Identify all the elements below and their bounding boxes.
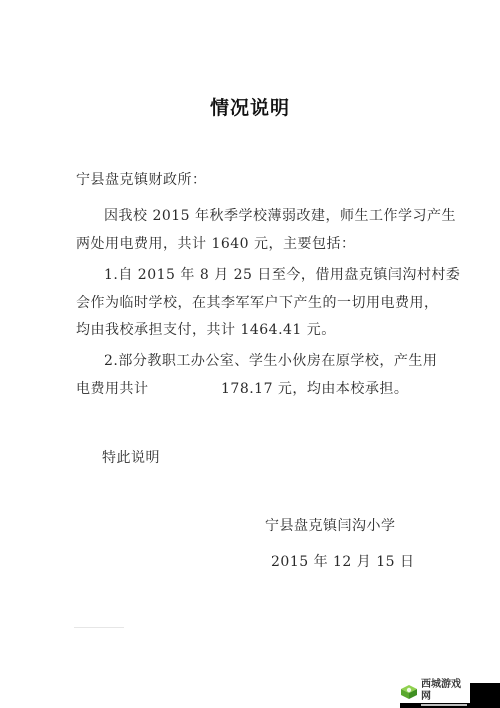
paragraph-1-line-1: 因我校 2015 年秋季学校薄弱改建，师生工作学习产生 (104, 205, 456, 225)
closing-remark: 特此说明 (102, 447, 160, 467)
document-page: 情况说明 宁县盘克镇财政所： 因我校 2015 年秋季学校薄弱改建，师生工作学习… (0, 0, 500, 708)
green-cube-logo-icon (400, 684, 418, 700)
addressee: 宁县盘克镇财政所： (76, 169, 207, 189)
watermark: 西城游戏网 (400, 681, 470, 703)
paragraph-2-line-3: 均由我校承担支付，共计 1464.41 元。 (76, 319, 336, 339)
paragraph-2-line-2: 会作为临时学校，在其李军军户下产生的一切用电费用， (76, 292, 439, 312)
paragraph-3-line-1: 2.部分教职工办公室、学生小伙房在原学校，产生用 (104, 350, 437, 370)
watermark-subtitle-bar (421, 704, 467, 706)
paragraph-2-line-1: 1.自 2015 年 8 月 25 日至今，借用盘克镇闫沟村村委 (104, 264, 460, 284)
document-title: 情况说明 (0, 93, 500, 120)
paragraph-1-line-2: 两处用电费用，共计 1640 元，主要包括： (76, 233, 356, 253)
watermark-text: 西城游戏网 (421, 679, 470, 703)
signature-organization: 宁县盘克镇闫沟小学 (265, 515, 396, 535)
paragraph-3-line-2: 电费用共计 178.17 元，均由本校承担。 (76, 378, 408, 398)
faint-divider (74, 627, 124, 628)
signature-date: 2015 年 12 月 15 日 (271, 551, 415, 571)
